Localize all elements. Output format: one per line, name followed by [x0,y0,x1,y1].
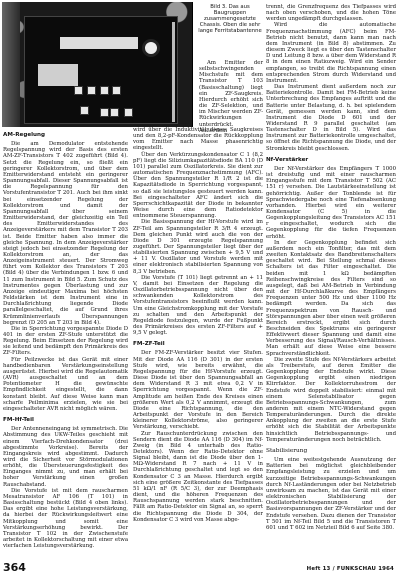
component [100,86,109,95]
paragraph: trennt, die Grenzfrequenz des Tiefpasses… [266,4,396,22]
paragraph: In der Gegenkopplung befindet sich außer… [266,240,396,357]
paragraph: Das Instrument dient außerdem noch zur B… [266,84,396,152]
section-heading: Nf-Verstärker [266,157,396,163]
running-footer: Heft 13 / FUNKSCHAU 1964 [307,566,394,572]
paragraph: Die zweite Stufe des Nf-Verstärkers arbe… [266,357,396,443]
paragraph: wird über die Induktivität dieses Saugkr… [133,127,263,152]
ferrite-rod [172,22,175,122]
chassis-photo [2,2,193,127]
photo-edge [2,2,20,127]
column-left: AM-Regelung Die am Demodulator entstehen… [3,132,128,549]
paragraph: Wird die automatische Frequenznachstimmu… [266,22,396,84]
section-heading: AM-Regelung [3,132,128,138]
paragraph: Der FM-ZF-Verstärker besitzt vier Stufen… [133,350,263,430]
section-heading: Stabilisierung [266,448,396,454]
circuit-board [38,64,78,86]
component [80,106,89,115]
component [100,108,109,117]
tuning-strip [60,37,138,49]
paragraph: Am Emitter der selbstschwingenden Mischs… [199,60,263,134]
paragraph: Die in Sperrichtung vorgespannte Diode D… [3,326,128,357]
column-middle: wird über die Induktivität dieses Saugkr… [133,127,263,523]
paragraph: Die Vorstufe (T 101) liegt getrennt an +… [133,275,263,337]
paragraph: Der Antenneneingang ist symmetrisch. Die… [3,426,128,488]
paragraph: Die Vorstufe ist mit dem rauscharmen Mes… [3,488,128,550]
page-number: 364 [3,561,26,574]
section-heading: FM-Hf-Teil [3,417,128,423]
column-right: trennt, die Grenzfrequenz des Tiefpasses… [266,4,396,531]
figure-caption: Bild 3. Das aus Baugruppen zusammengeset… [197,4,263,34]
paragraph: Der Nf-Verstärker des Empfängers T 1000 … [266,166,396,240]
tuning-capacitor [142,39,160,57]
column-beside-figure: Am Emitter der selbstschwingenden Mischs… [199,60,263,134]
component [110,108,119,117]
paragraph: Über den Verkürzungskondensator C 1 (8,2… [133,152,263,220]
paragraph: Für Peilzwecke ist das Gerät mit einer h… [3,357,128,412]
component [74,86,83,95]
paragraph: Zur Rauschunterdrückung zwischen den Sen… [133,431,263,523]
component [124,108,133,117]
paragraph: Die Basisspannung der Hf-Vorstufe wird i… [133,219,263,274]
paragraph: Die am Demodulator entstehende Regelspan… [3,141,128,326]
section-heading: FM-ZF-Teil [133,341,263,347]
component [112,86,121,95]
component [87,86,96,95]
paragraph: Um eine weitestgehende Ausnutzung der Ba… [266,457,396,531]
